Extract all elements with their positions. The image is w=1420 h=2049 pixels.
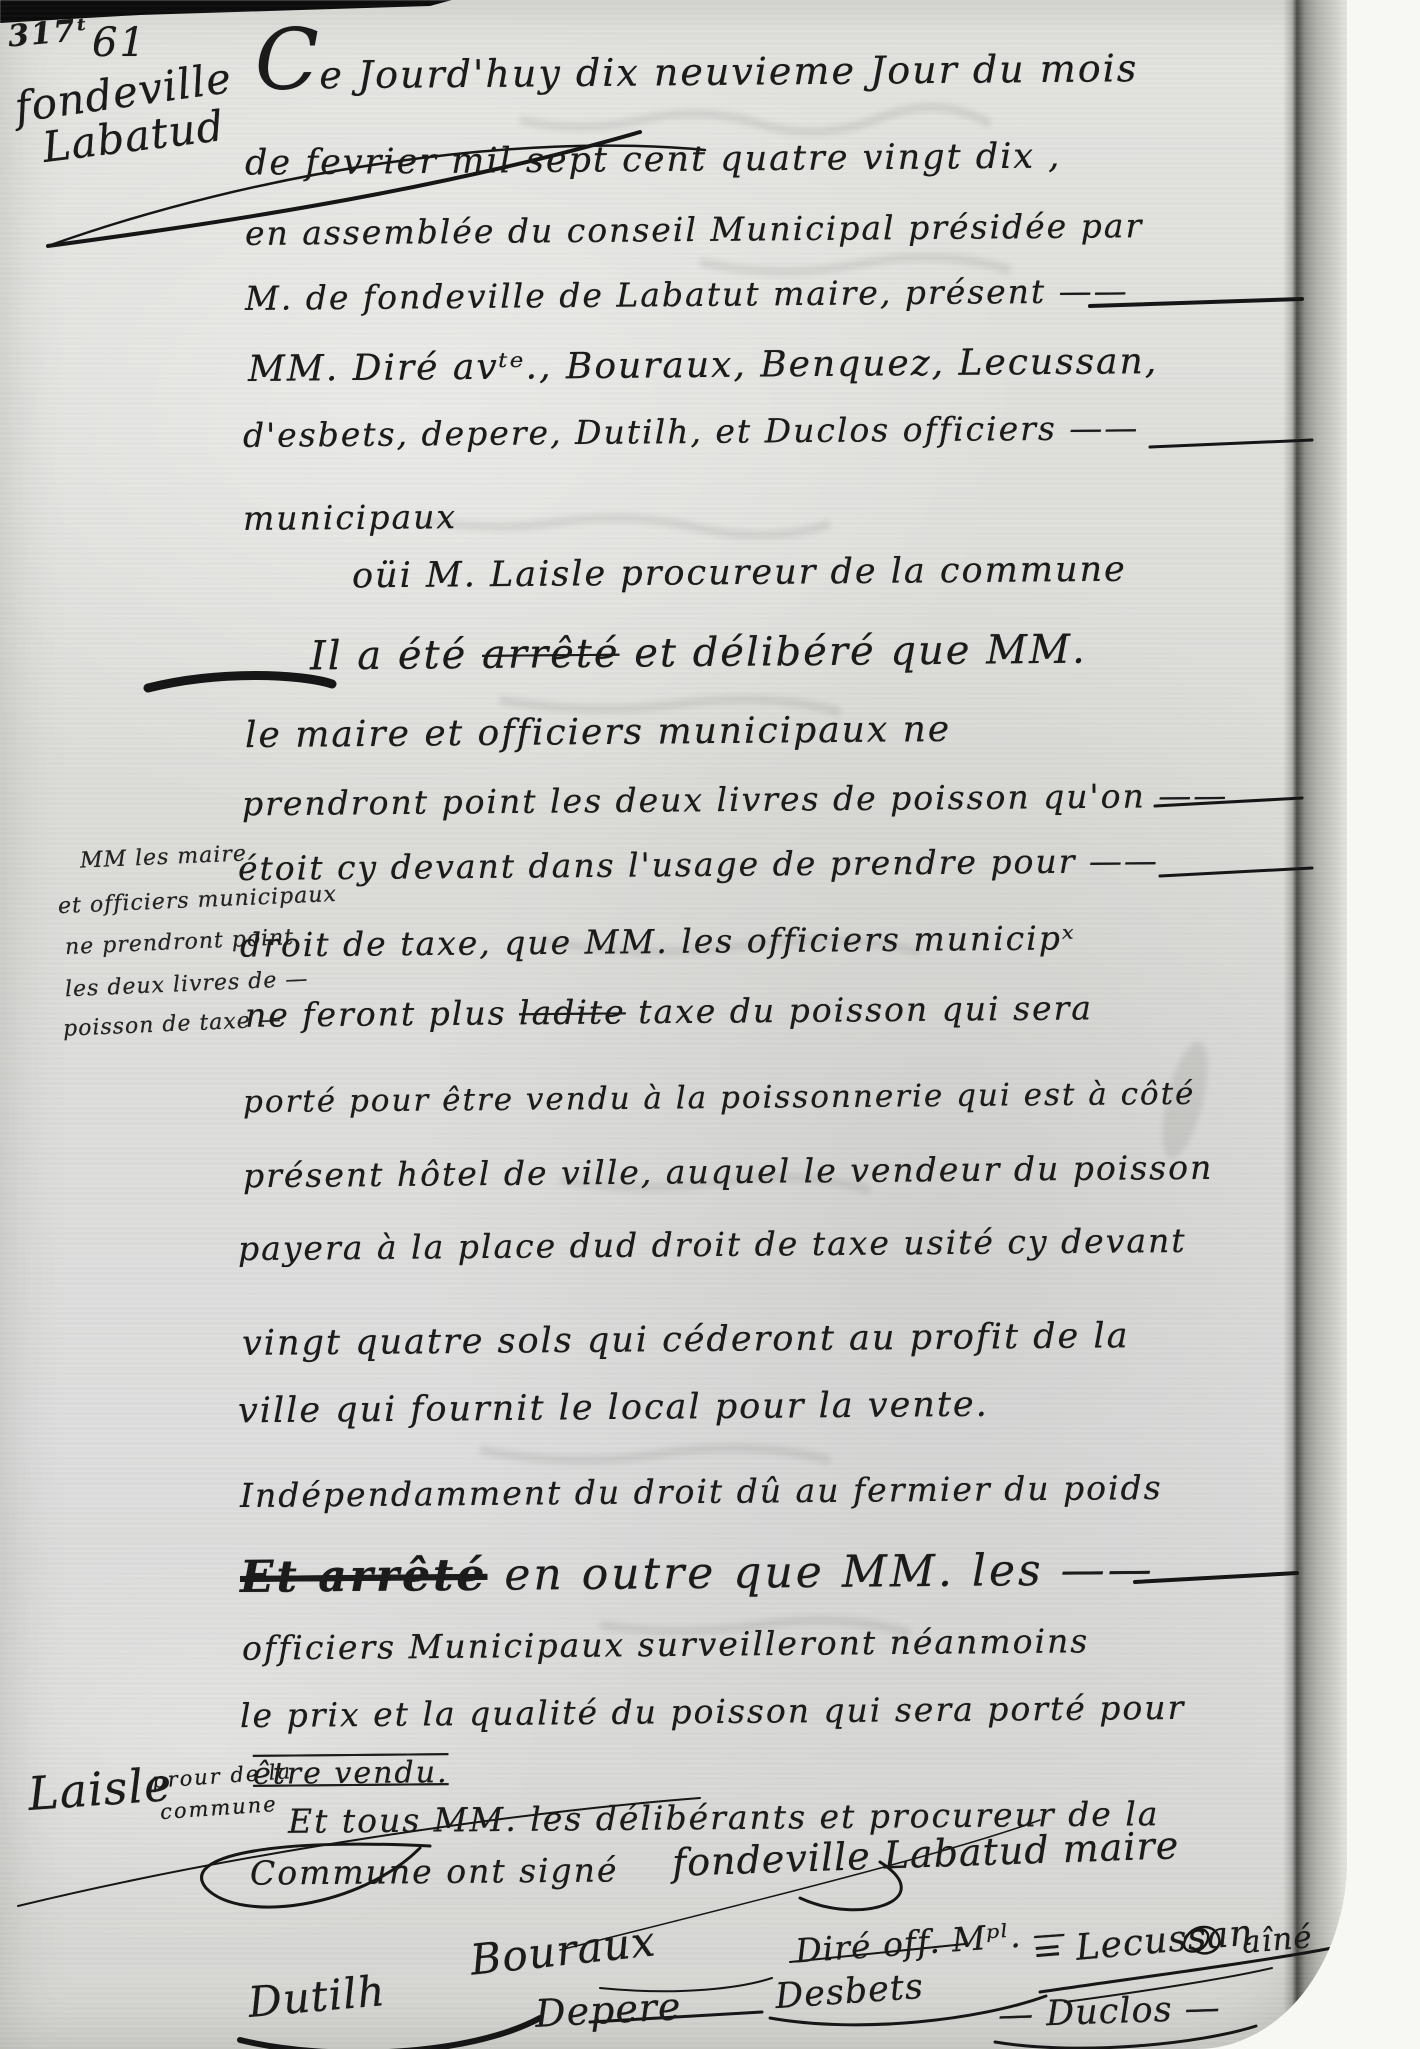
signature-duclos: — Duclos — <box>997 1988 1221 2036</box>
signature-dutilh: Dutilh <box>246 1966 387 2027</box>
body-line: le maire et officiers municipaux ne <box>245 709 951 756</box>
body-line: en assemblée du conseil Municipal présid… <box>245 206 1144 253</box>
body-line: Commune ont signé <box>250 1850 619 1892</box>
body-line: officiers Municipaux surveilleront néanm… <box>242 1621 1090 1667</box>
folio-mark: 317ᵗ <box>7 13 91 55</box>
body-line: Et arrêté en outre que MM. les —— <box>240 1544 1155 1603</box>
body-line: de fevrier mil sept cent quatre vingt di… <box>245 136 1062 183</box>
signature-laisle-title: commune <box>159 1792 278 1824</box>
margin-note-line: MM les maire <box>80 841 248 873</box>
page-binding-edge <box>1283 0 1347 2049</box>
body-line: MM. Diré avᵗᵉ., Bouraux, Benquez, Lecuss… <box>248 341 1159 390</box>
body-line: présent hôtel de ville, auquel le vendeu… <box>243 1148 1214 1195</box>
signature-desbets: Desbets <box>774 1967 925 2017</box>
body-line: Il a été arrêté et délibéré que MM. <box>310 627 1087 680</box>
body-line: payera à la place dud droit de taxe usit… <box>238 1221 1187 1268</box>
body-line: droit de taxe, que MM. les officiers mun… <box>240 918 1076 964</box>
body-line: municipaux <box>243 497 457 538</box>
body-line: oüi M. Laisle procureur de la commune <box>352 550 1127 597</box>
body-line: le prix et la qualité du poisson qui ser… <box>240 1688 1186 1735</box>
page-number: 61 <box>92 20 147 66</box>
scanned-manuscript: 317ᵗ 61 fondeville Labatud MM les maire … <box>0 0 1420 2049</box>
manuscript-page: 317ᵗ 61 fondeville Labatud MM les maire … <box>0 0 1347 2049</box>
body-line: Indépendamment du droit dû au fermier du… <box>240 1468 1163 1515</box>
signature-dire: Diré off. Mᵖˡ. — <box>794 1913 1068 1971</box>
body-line: prendront point les deux livres de poiss… <box>242 776 1229 824</box>
body-line: vingt quatre sols qui céderont au profit… <box>242 1316 1130 1364</box>
body-line: ne feront plus ladite taxe du poisson qu… <box>245 988 1093 1034</box>
body-line: Ce Jourd'huy dix neuvieme Jour du mois <box>255 38 1139 98</box>
body-line: étoit cy devant dans l'usage de prendre … <box>238 841 1159 888</box>
signature-lecussan-aine: aîné <box>1241 1919 1315 1961</box>
body-line: M. de fondeville de Labatut maire, prése… <box>245 271 1129 318</box>
body-line: porté pour être vendu à la poissonnerie … <box>243 1076 1196 1120</box>
body-line: d'esbets, depere, Dutilh, et Duclos offi… <box>243 408 1140 455</box>
signature-depere: Depere <box>534 1984 683 2036</box>
signature-bouraux: Bouraux <box>468 1916 658 1984</box>
body-line: ville qui fournit le local pour la vente… <box>238 1385 989 1432</box>
